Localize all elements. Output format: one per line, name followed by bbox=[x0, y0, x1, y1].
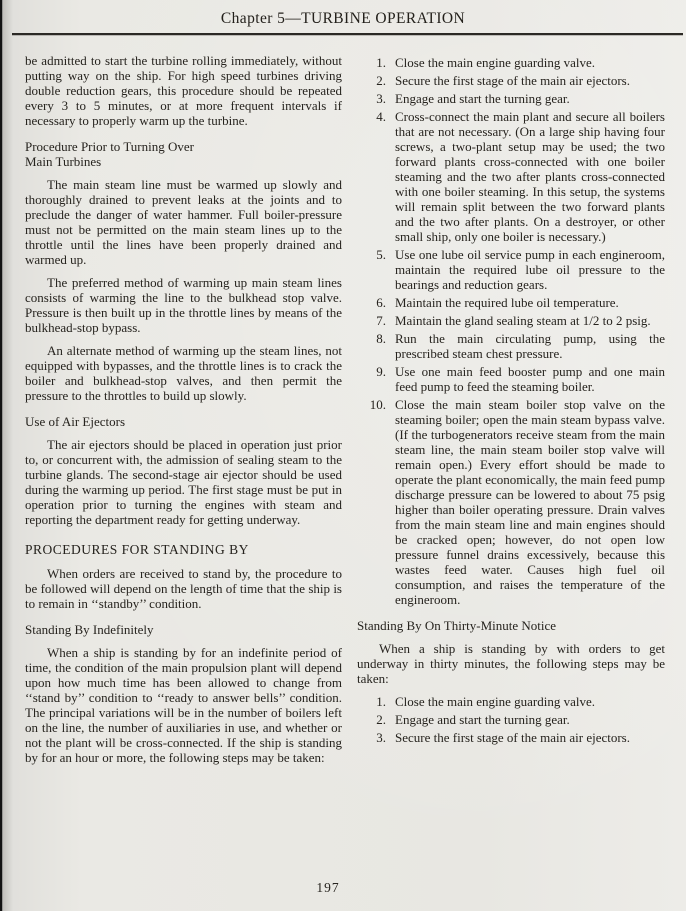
paragraph-continuation: be admitted to start the turbine rolling… bbox=[25, 53, 342, 128]
list-item-number: 1. bbox=[357, 55, 395, 70]
list-item: 3.Secure the first stage of the main air… bbox=[357, 730, 665, 745]
list-item-text: Maintain the gland sealing steam at 1/2 … bbox=[395, 313, 665, 328]
list-item-text: Engage and start the turning gear. bbox=[395, 712, 665, 727]
list-item: 2.Engage and start the turning gear. bbox=[357, 712, 665, 727]
list-item-number: 3. bbox=[357, 730, 395, 745]
list-item: 2.Secure the first stage of the main air… bbox=[357, 73, 665, 88]
list-item-number: 7. bbox=[357, 313, 395, 328]
list-item-text: Secure the first stage of the main air e… bbox=[395, 73, 665, 88]
major-heading-standing-by: PROCEDURES FOR STANDING BY bbox=[25, 542, 342, 557]
list-item-number: 8. bbox=[357, 331, 395, 361]
list-item: 1.Close the main engine guarding valve. bbox=[357, 694, 665, 709]
section-heading-turning-over: Procedure Prior to Turning Over Main Tur… bbox=[25, 139, 342, 169]
list-item: 3.Engage and start the turning gear. bbox=[357, 91, 665, 106]
list-item-text: Cross-connect the main plant and secure … bbox=[395, 109, 665, 244]
list-item-text: Engage and start the turning gear. bbox=[395, 91, 665, 106]
list-item: 1.Close the main engine guarding valve. bbox=[357, 55, 665, 70]
left-column: be admitted to start the turbine rolling… bbox=[25, 53, 342, 773]
scan-edge-shadow bbox=[3, 0, 13, 911]
section-heading-thirty-minute: Standing By On Thirty-Minute Notice bbox=[357, 618, 665, 633]
list-item-number: 9. bbox=[357, 364, 395, 394]
list-item-text: Use one main feed booster pump and one m… bbox=[395, 364, 665, 394]
list-item: 5.Use one lube oil service pump in each … bbox=[357, 247, 665, 292]
heading-line: Main Turbines bbox=[25, 154, 342, 169]
thirty-minute-steps-list: 1.Close the main engine guarding valve. … bbox=[357, 694, 665, 745]
list-item-text: Close the main steam boiler stop valve o… bbox=[395, 397, 665, 607]
heading-line: Procedure Prior to Turning Over bbox=[25, 139, 342, 154]
section-heading-indefinitely: Standing By Indefinitely bbox=[25, 622, 342, 637]
paragraph-alternate-method: An alternate method of warming up the st… bbox=[25, 343, 342, 403]
page-body: be admitted to start the turbine rolling… bbox=[25, 53, 665, 773]
list-item-number: 10. bbox=[357, 397, 395, 607]
list-item-text: Run the main circulating pump, using the… bbox=[395, 331, 665, 361]
list-item-number: 5. bbox=[357, 247, 395, 292]
section-heading-air-ejectors: Use of Air Ejectors bbox=[25, 414, 342, 429]
list-item-number: 3. bbox=[357, 91, 395, 106]
standby-steps-list: 1.Close the main engine guarding valve. … bbox=[357, 55, 665, 607]
list-item-text: Secure the first stage of the main air e… bbox=[395, 730, 665, 745]
chapter-title: Chapter 5—TURBINE OPERATION bbox=[0, 10, 686, 28]
list-item-text: Use one lube oil service pump in each en… bbox=[395, 247, 665, 292]
paragraph-thirty-minute: When a ship is standing by with orders t… bbox=[357, 641, 665, 686]
list-item: 7.Maintain the gland sealing steam at 1/… bbox=[357, 313, 665, 328]
paragraph-preferred-method: The preferred method of warming up main … bbox=[25, 275, 342, 335]
list-item-number: 2. bbox=[357, 73, 395, 88]
paragraph-when-orders: When orders are received to stand by, th… bbox=[25, 566, 342, 611]
list-item: 9.Use one main feed booster pump and one… bbox=[357, 364, 665, 394]
manual-page: Chapter 5—TURBINE OPERATION be admitted … bbox=[0, 0, 686, 911]
paragraph-indefinite: When a ship is standing by for an indefi… bbox=[25, 645, 342, 765]
list-item: 10.Close the main steam boiler stop valv… bbox=[357, 397, 665, 607]
paragraph-air-ejectors: The air ejectors should be placed in ope… bbox=[25, 437, 342, 527]
list-item: 8.Run the main circulating pump, using t… bbox=[357, 331, 665, 361]
list-item-text: Close the main engine guarding valve. bbox=[395, 55, 665, 70]
list-item-number: 1. bbox=[357, 694, 395, 709]
list-item-number: 4. bbox=[357, 109, 395, 244]
page-footer: 197 bbox=[0, 880, 656, 896]
list-item-text: Close the main engine guarding valve. bbox=[395, 694, 665, 709]
list-item: 6.Maintain the required lube oil tempera… bbox=[357, 295, 665, 310]
list-item: 4.Cross-connect the main plant and secur… bbox=[357, 109, 665, 244]
list-item-number: 6. bbox=[357, 295, 395, 310]
page-number: 197 bbox=[316, 880, 339, 895]
header-rule bbox=[12, 33, 683, 35]
list-item-text: Maintain the required lube oil temperatu… bbox=[395, 295, 665, 310]
right-column: 1.Close the main engine guarding valve. … bbox=[357, 53, 665, 773]
paragraph-main-steam: The main steam line must be warmed up sl… bbox=[25, 177, 342, 267]
list-item-number: 2. bbox=[357, 712, 395, 727]
